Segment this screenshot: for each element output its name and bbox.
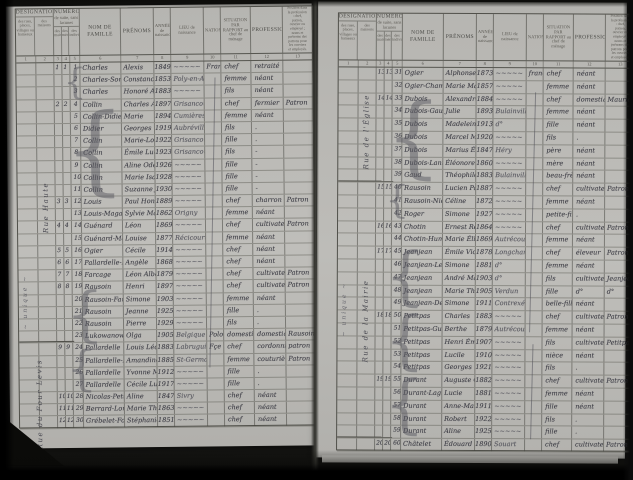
cell-situation: mère [543, 158, 573, 170]
cell-nationalite [526, 196, 543, 208]
cell-prenoms: Simone [443, 260, 476, 272]
cell-nationalite [206, 269, 223, 280]
cell-maison: 11 [58, 404, 66, 415]
cell-situation: femme [222, 110, 252, 122]
cell-profession: fermier [252, 97, 284, 109]
census-table-left: DÉSIGNATION des rues, places, villages o… [15, 5, 317, 428]
cell-rue [18, 197, 38, 208]
cell-situation: femme [224, 293, 254, 305]
header-annee: ANNÉE de naissance [477, 14, 494, 60]
cell-maison [376, 196, 384, 208]
cell-situation: fille [222, 159, 252, 171]
cell-maison: 19 [375, 375, 383, 387]
cell-prenoms: Alphonse Romain [444, 68, 477, 80]
cell-position: Jeanjean É. [605, 273, 633, 285]
cell-profession: - [252, 170, 284, 182]
cell-rue [337, 387, 357, 399]
cell-situation: fille [225, 378, 255, 390]
cell-prenoms: Marie Élise Adèle [443, 234, 476, 246]
cell-individu: 14 [72, 221, 82, 232]
cell-prenoms: Yvonne Marie [124, 367, 157, 379]
cell-maison: 16 [376, 221, 384, 233]
census-row: 44 Chotin-Humbert Marie Élise Adèle 1869… [338, 234, 633, 248]
cell-nationalite [206, 244, 223, 255]
cell-annee: 1912 [157, 367, 174, 378]
cell-nationalite [206, 183, 223, 194]
census-row: 34 Dubois-Gaud Julie 1893 Bulainville fe… [338, 106, 633, 120]
cell-prenoms: Marie [122, 111, 155, 123]
cell-profession: retraité [251, 61, 283, 73]
cell-prenoms: Angèle [123, 257, 156, 269]
cell-rue2 [358, 183, 376, 195]
cell-lieu: ~~~~~ [493, 311, 526, 323]
cell-situation: fils [542, 414, 572, 426]
cell-maison: 20 [375, 439, 383, 451]
census-row: 18 18 50 Petitpas Charles 1883 ~~~~~ che… [338, 311, 633, 325]
cell-maison [376, 132, 384, 144]
cell-position [605, 120, 633, 132]
cell-position [606, 69, 633, 81]
header-numeros-individus: des individus [392, 32, 402, 60]
cell-prenoms: Charles Albert [122, 99, 155, 111]
cell-prenoms: Aline [125, 391, 158, 403]
cell-nationalite [526, 183, 543, 195]
cell-profession: néant [573, 196, 605, 208]
cell-profession: néant [573, 145, 605, 157]
cell-nationalite [208, 390, 225, 401]
cell-nationalite [206, 232, 223, 243]
census-row: 58 Durant Robert 1922 ~~~~~ fils . [337, 413, 633, 427]
census-row: 56 Durant-Lagis Lucie 1881 ~~~~~ femme n… [337, 387, 633, 401]
cell-prenoms: Émile Victor [443, 247, 476, 259]
header-nom: NOM DE FAMILLE [80, 8, 121, 54]
cell-prenoms: Éléonore Odile [443, 157, 476, 169]
header-nationalite: NATIONALITÉ [527, 14, 544, 60]
cell-profession: néant [573, 260, 605, 272]
cell-nationalite [526, 158, 543, 170]
cell-nationalite [525, 375, 542, 387]
census-table-right: DÉSIGNATION des rues, places, villages o… [336, 12, 633, 451]
census-row: 32 Ogier-Champion Marie Mathilde 1857 ~~… [339, 80, 633, 94]
table-header: DÉSIGNATION des rues, places, villages o… [339, 13, 633, 61]
cell-position [605, 325, 633, 337]
cell-situation: nièce [542, 350, 572, 362]
cell-prenoms: Marie Thérèse [125, 403, 158, 415]
cell-situation: fille [542, 427, 572, 439]
cell-maison [375, 349, 383, 361]
cell-maison: 5 [56, 246, 64, 257]
cell-prenoms: Marie Thérèse [443, 285, 476, 297]
cell-annee: 1860 [476, 158, 493, 170]
cell-prenoms: Cécile Lucette [125, 379, 158, 391]
cell-situation: fils [542, 363, 572, 375]
cell-menage: 6 [64, 258, 72, 269]
cell-nom: Charles [80, 62, 121, 74]
cell-position: Patron [284, 97, 313, 108]
cell-menage [64, 209, 72, 220]
census-row: 13 13 31 Ogier Alphonse Romain 1873 ~~~~… [339, 67, 633, 81]
cell-prenoms: Aline Odette [122, 160, 155, 172]
cell-situation: fils [542, 337, 572, 349]
cell-annee: 1882 [475, 375, 492, 387]
cell-maison [376, 298, 384, 310]
cell-prenoms: Suzanne Jeanne [123, 184, 156, 196]
cell-maison [375, 388, 383, 400]
header-designation-sub1: des rues, places, villages ou hameaux [339, 21, 359, 59]
cell-profession: couturière [254, 353, 286, 365]
cell-prenoms: Berthe [443, 324, 476, 336]
cell-maison [376, 208, 384, 220]
cell-situation: femme [543, 260, 573, 272]
cell-rue [18, 185, 38, 196]
cell-rue [338, 106, 358, 118]
cell-profession: cultivateur [572, 376, 604, 388]
cell-annee: 1903 [476, 273, 493, 285]
cell-maison [54, 75, 62, 86]
household-brace: { [385, 181, 409, 219]
cell-rue2 [39, 343, 57, 354]
cell-profession: néant [573, 324, 605, 336]
header-numeros: NUMÉROS de suite, sans lacunes des maiso… [377, 14, 403, 60]
cell-lieu: Sivry [175, 391, 208, 403]
cell-rue [19, 344, 39, 355]
census-row: 52 Petitpas Henri Émile 1907 ~~~~~ fils … [337, 336, 633, 350]
cell-situation: domestique [224, 329, 254, 341]
cell-nationalite [206, 256, 223, 267]
census-row: 49 Jeanjean-Delorme Simone 1911 Contrexé… [338, 298, 633, 312]
cell-annee: 1872 [476, 196, 493, 208]
header-designation-sub1: des rues, places, villages ou hameaux [16, 17, 36, 55]
header-profession: PROFESSION [251, 7, 283, 53]
cell-rue [17, 161, 37, 172]
cell-position: Patron [605, 312, 633, 324]
cell-individu: 13 [72, 209, 82, 220]
cell-profession: - [252, 146, 284, 158]
cell-prenoms: Auguste Georges Henry [442, 375, 475, 387]
cell-profession: néant [573, 158, 605, 170]
cell-maison [55, 148, 63, 159]
cell-maison [55, 161, 63, 172]
cell-rue2 [358, 208, 376, 220]
cell-situation: femme [221, 73, 251, 85]
cell-lieu: ~~~~~ [173, 257, 206, 269]
cell-nationalite [208, 378, 225, 389]
cell-situation: fille [543, 286, 573, 298]
cell-position: Patron [605, 248, 633, 260]
cell-prenoms: Honoré Albert [122, 86, 155, 98]
street-label: Rue du Four Levis [35, 354, 44, 454]
cell-nationalite [527, 81, 544, 93]
cell-profession: néant [572, 401, 604, 413]
cell-annee: 1851 [158, 415, 175, 426]
cell-rue [338, 208, 358, 220]
cell-situation: fille [222, 171, 252, 183]
cell-profession: - [253, 183, 285, 195]
cell-situation: femme [543, 324, 573, 336]
cell-profession: néant [253, 231, 285, 243]
cell-lieu: Grisancourt [172, 98, 205, 110]
census-row: 38 Dubois-Lantry Éléonore Odile 1860 ~~~… [338, 157, 633, 171]
cell-rue2 [37, 136, 55, 147]
header-situation: SITUATION PAR RAPPORT au chef de ménage [544, 14, 574, 60]
cell-maison [376, 272, 384, 284]
cell-lieu: ~~~~~ [493, 132, 526, 144]
cell-lieu: ~~~~~ [492, 375, 525, 387]
cell-maison [55, 87, 63, 98]
cell-position [605, 171, 633, 183]
street-label: Rue Haute [41, 157, 50, 257]
cell-lieu: ~~~~~ [172, 171, 205, 183]
cell-lieu: ~~~~~ [492, 362, 525, 374]
cell-profession: . [254, 365, 286, 377]
cell-menage: 5 [64, 246, 72, 257]
cell-menage [64, 234, 72, 245]
cell-situation: fils [222, 122, 252, 134]
cell-nationalite [526, 273, 543, 285]
cell-lieu: ~~~~~ [175, 378, 208, 390]
cell-rue [338, 157, 358, 169]
cell-profession: néant [253, 207, 285, 219]
cell-nationalite [208, 415, 225, 426]
cell-position [605, 209, 633, 221]
cell-annee: 1922 [475, 414, 492, 426]
cell-rue2 [37, 124, 55, 135]
cell-annee: 1923 [155, 147, 172, 158]
cell-situation: chef [223, 268, 253, 280]
cell-position: Petitpas É. [604, 337, 633, 349]
cell-profession: néant [253, 244, 285, 256]
cell-lieu: ~~~~~ [174, 305, 207, 317]
cell-position [285, 207, 314, 218]
cell-nationalite [525, 337, 542, 349]
cell-lieu: ~~~~~ [493, 196, 526, 208]
cell-profession: néant [255, 402, 287, 414]
cell-position [285, 182, 314, 193]
cell-annee: 1910 [475, 350, 492, 362]
cell-lieu: ~~~~~ [174, 366, 207, 378]
cell-lieu: ~~~~~ [172, 86, 205, 98]
cell-maison [55, 136, 63, 147]
cell-profession: cultivateur [573, 222, 605, 234]
cell-prenoms: Jeanne [124, 306, 157, 318]
cell-profession: . [254, 304, 286, 316]
cell-nationalite [525, 350, 542, 362]
cell-lieu: Belgique [174, 330, 207, 342]
cell-lieu: ~~~~~ [493, 209, 526, 221]
cell-individu: 16 [72, 246, 82, 257]
cell-situation: femme [223, 207, 253, 219]
cell-situation: femme [223, 232, 253, 244]
cell-nationalite [525, 439, 542, 451]
cell-nom: Ogier [82, 245, 123, 257]
cell-lieu: ~~~~~ [492, 337, 525, 349]
cell-situation: fille [222, 134, 252, 146]
cell-situation: fille [223, 183, 253, 195]
cell-nom: Guénard-Marchand [82, 233, 123, 245]
cell-situation: chef [543, 247, 573, 259]
cell-profession: domestique [254, 329, 286, 341]
cell-prenoms: Anne-Marie [442, 401, 475, 413]
cell-profession: néant [573, 171, 605, 183]
census-row: 35 Dubois Madeleine 1913 d° fille néant [338, 119, 633, 133]
cell-lieu: Autrécourt [493, 324, 526, 336]
cell-lieu: ~~~~~ [173, 220, 206, 232]
cell-prenoms: Stéphanie [125, 415, 158, 427]
cell-profession: néant [573, 120, 605, 132]
cell-maison [376, 260, 384, 272]
cell-rue [339, 67, 359, 79]
cell-annee: 1889 [156, 196, 173, 207]
cell-position [605, 107, 633, 119]
cell-situation: chef [223, 219, 253, 231]
cell-position [605, 299, 633, 311]
cell-annee: 1864 [476, 222, 493, 234]
cell-prenoms: Charles [443, 311, 476, 323]
cell-position [284, 121, 313, 132]
cell-position: Patron [604, 376, 633, 388]
header-numeros-menages: des ménages [384, 32, 392, 60]
cell-lieu: d° [493, 260, 526, 272]
cell-maison [376, 119, 384, 131]
cell-lieu: d° [493, 273, 526, 285]
cell-rue2 [38, 258, 56, 269]
cell-maison: 13 [377, 68, 385, 80]
cell-position [284, 170, 313, 181]
cell-position: Patron [605, 184, 633, 196]
cell-annee: 1925 [475, 426, 492, 438]
cell-prenoms: Léon [123, 220, 156, 232]
cell-prenoms: Lucile [442, 349, 475, 361]
cell-individu: 15 [72, 233, 82, 244]
cell-situation: chef [224, 280, 254, 292]
census-row: 41 Rausoin-Nicolas Céline 1872 ~~~~~ fem… [338, 195, 633, 209]
cell-rue2 [39, 295, 57, 306]
cell-menage: 13 [385, 68, 393, 80]
cell-prenoms: Olga [124, 330, 157, 342]
census-page-right: DÉSIGNATION des rues, places, villages o… [316, 1, 627, 458]
cell-rue [337, 400, 357, 412]
cell-rue [337, 375, 357, 387]
cell-prenoms: Marius Élie [443, 145, 476, 157]
cell-lieu: ~~~~~ [493, 183, 526, 195]
cell-profession: néant [572, 350, 604, 362]
household-brace: { [385, 92, 442, 181]
cell-prenoms: Marie-Louise [122, 135, 155, 147]
cell-prenoms: Théophile [443, 170, 476, 182]
cell-maison [375, 362, 383, 374]
cell-lieu: d° [493, 119, 526, 131]
cell-position: Patron [285, 219, 314, 230]
cell-profession: néant [255, 414, 287, 426]
cell-annee: 1897 [157, 281, 174, 292]
cell-prenoms: Cécile [123, 245, 156, 257]
cell-maison: 2 [55, 100, 63, 111]
cell-maison: 4 [56, 221, 64, 232]
cell-nationalite [526, 247, 543, 259]
cell-situation: fille [543, 120, 573, 132]
cell-situation: chef [543, 222, 573, 234]
cell-rue [339, 80, 359, 92]
header-position: Position dans la profession : chef, patr… [606, 15, 633, 61]
cell-position: Maurice E. [606, 94, 633, 106]
cell-lieu: Verdun [493, 286, 526, 298]
cell-profession: . [572, 414, 604, 426]
cell-profession: cultivateur [573, 184, 605, 196]
cell-rue [338, 183, 358, 195]
cell-prenoms: Amandine Marie Odette [124, 355, 157, 367]
cell-individu: 29 [74, 404, 84, 415]
cell-situation: père [543, 145, 573, 157]
cell-situation: chef [223, 256, 253, 268]
cell-annee: 1921 [475, 362, 492, 374]
cell-annee: 1920 [476, 132, 493, 144]
cell-position [605, 235, 633, 247]
cell-lieu: ~~~~~ [493, 222, 526, 234]
cell-profession: cultivateur [254, 280, 286, 292]
cell-rue [16, 75, 36, 86]
cell-position [604, 427, 633, 439]
cell-nationalite [525, 388, 542, 400]
street-label: Rue de l'Église [362, 86, 370, 178]
cell-prenoms: Sylvie Marie [123, 208, 156, 220]
cell-lieu: Souart [492, 439, 525, 451]
cell-situation: fille [542, 401, 572, 413]
cell-annee: 1917 [158, 379, 175, 390]
cell-lieu: ~~~~~ [175, 415, 208, 427]
cell-profession: néant [253, 256, 285, 268]
cell-lieu: ~~~~~ [174, 293, 207, 305]
cell-situation: chef [542, 375, 572, 387]
cell-lieu: ~~~~~ [492, 401, 525, 413]
header-designation-sub2: des maisons [358, 22, 376, 60]
cell-annee: 1863 [158, 403, 175, 414]
cell-profession: éleveur [573, 248, 605, 260]
cell-lieu: St-Germain [174, 354, 207, 366]
cell-annee: 1885 [157, 354, 174, 365]
cell-situation: chef [221, 61, 251, 73]
cell-prenoms: Henri Émile [442, 337, 475, 349]
cell-situation: fils [543, 273, 573, 285]
cell-prenoms: Léon Albert [123, 269, 156, 281]
header-designation: DÉSIGNATION des rues, places, villages o… [16, 9, 54, 55]
page-bottom-edge [322, 455, 618, 463]
cell-prenoms: Constance Adèle [121, 74, 154, 86]
cell-lieu: ~~~~~ [494, 68, 527, 80]
census-row: 57 Durant Anne-Marie 1911 ~~~~~ fille né… [337, 400, 633, 414]
header-lieu: LIEU de naissance [171, 8, 204, 54]
cell-profession: d° [573, 286, 605, 298]
cell-nationalite [526, 209, 543, 221]
cell-profession: . [573, 209, 605, 221]
cell-maison [55, 173, 63, 184]
cell-position [284, 85, 313, 96]
cell-lieu: ~~~~~ [171, 62, 204, 74]
cell-profession: . [572, 363, 604, 375]
cell-position [605, 158, 633, 170]
cell-annee: 1883 [476, 170, 493, 182]
street-label: Rue de la Mairie [361, 239, 370, 404]
cell-situation: beau-frère [543, 171, 573, 183]
cell-situation: fils [224, 317, 254, 329]
cell-position [285, 243, 314, 254]
cell-position [604, 414, 633, 426]
cell-nom: Guénard [82, 221, 123, 233]
cell-rue [17, 173, 37, 184]
cell-situation: femme [543, 196, 573, 208]
cell-nom: Pallardelle-Lachelet [82, 257, 123, 269]
cell-profession: . [573, 132, 605, 144]
cell-rue [337, 349, 357, 361]
